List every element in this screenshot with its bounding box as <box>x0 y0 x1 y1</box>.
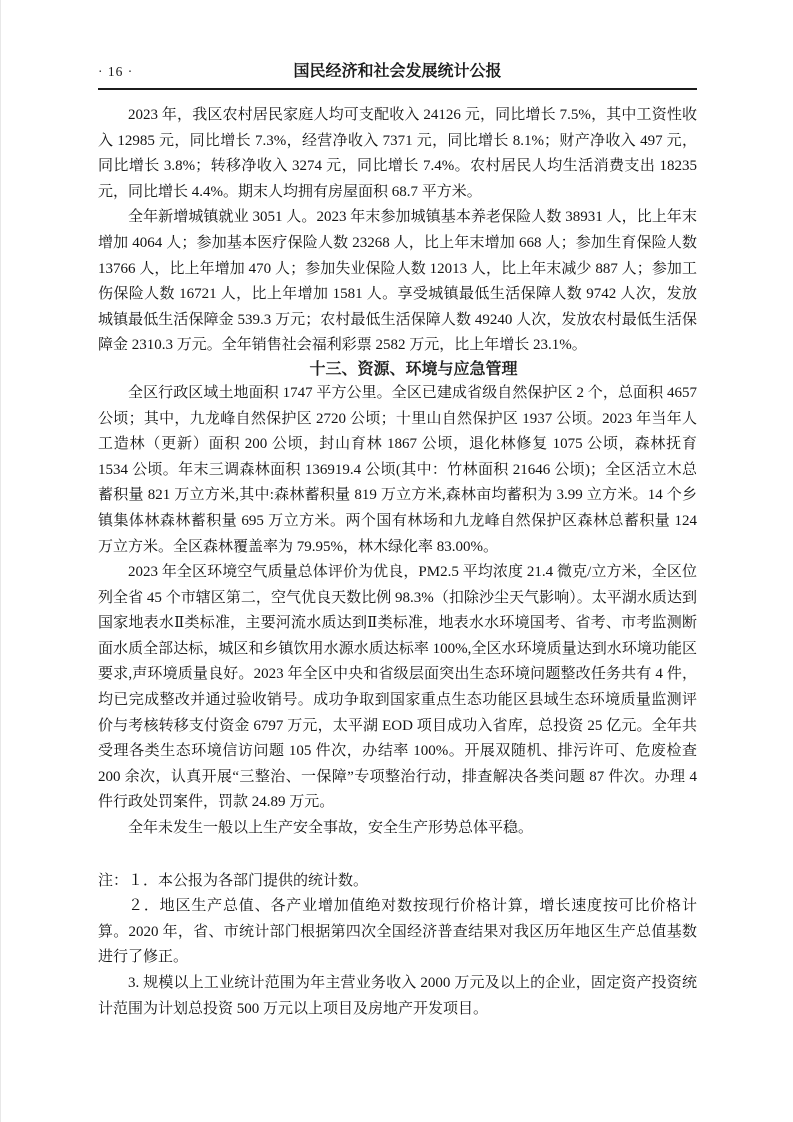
paragraph-employment-insurance: 全年新增城镇就业 3051 人。2023 年末参加城镇基本养老保险人数 3893… <box>98 205 697 359</box>
note-item-2: ２．地区生产总值、各产业增加值绝对数按现行价格计算，增长速度按可比价格计算。20… <box>98 894 697 971</box>
paragraph-environment: 2023 年全区环境空气质量总体评价为优良，PM2.5 平均浓度 21.4 微克… <box>98 560 697 816</box>
page-number: · 16 · <box>98 62 133 82</box>
note-item-1: １．本公报为各部门提供的统计数。 <box>128 873 368 889</box>
document-page: · 16 · 国民经济和社会发展统计公报 2023 年，我区农村居民家庭人均可支… <box>0 0 793 1122</box>
page-header: · 16 · 国民经济和社会发展统计公报 <box>98 0 697 82</box>
paragraph-land-forest: 全区行政区域土地面积 1747 平方公里。全区已建成省级自然保护区 2 个，总面… <box>98 381 697 560</box>
paragraph-rural-income: 2023 年，我区农村居民家庭人均可支配收入 24126 元，同比增长 7.5%… <box>98 103 697 205</box>
document-body: 2023 年，我区农村居民家庭人均可支配收入 24126 元，同比增长 7.5%… <box>98 103 697 1022</box>
note-item-3: 3. 规模以上工业统计范围为年主营业务收入 2000 万元及以上的企业，固定资产… <box>98 971 697 1022</box>
notes-prefix: 注： <box>98 873 128 889</box>
paragraph-safety: 全年未发生一般以上生产安全事故，安全生产形势总体平稳。 <box>98 816 697 842</box>
section-heading-resources-environment: 十三、资源、环境与应急管理 <box>98 359 697 381</box>
header-rule <box>98 88 697 90</box>
page-content: · 16 · 国民经济和社会发展统计公报 2023 年，我区农村居民家庭人均可支… <box>98 0 697 1022</box>
document-title: 国民经济和社会发展统计公报 <box>98 62 697 82</box>
note-line-1: 注：１．本公报为各部门提供的统计数。 <box>98 869 697 895</box>
notes-section: 注：１．本公报为各部门提供的统计数。 ２．地区生产总值、各产业增加值绝对数按现行… <box>98 869 697 1023</box>
